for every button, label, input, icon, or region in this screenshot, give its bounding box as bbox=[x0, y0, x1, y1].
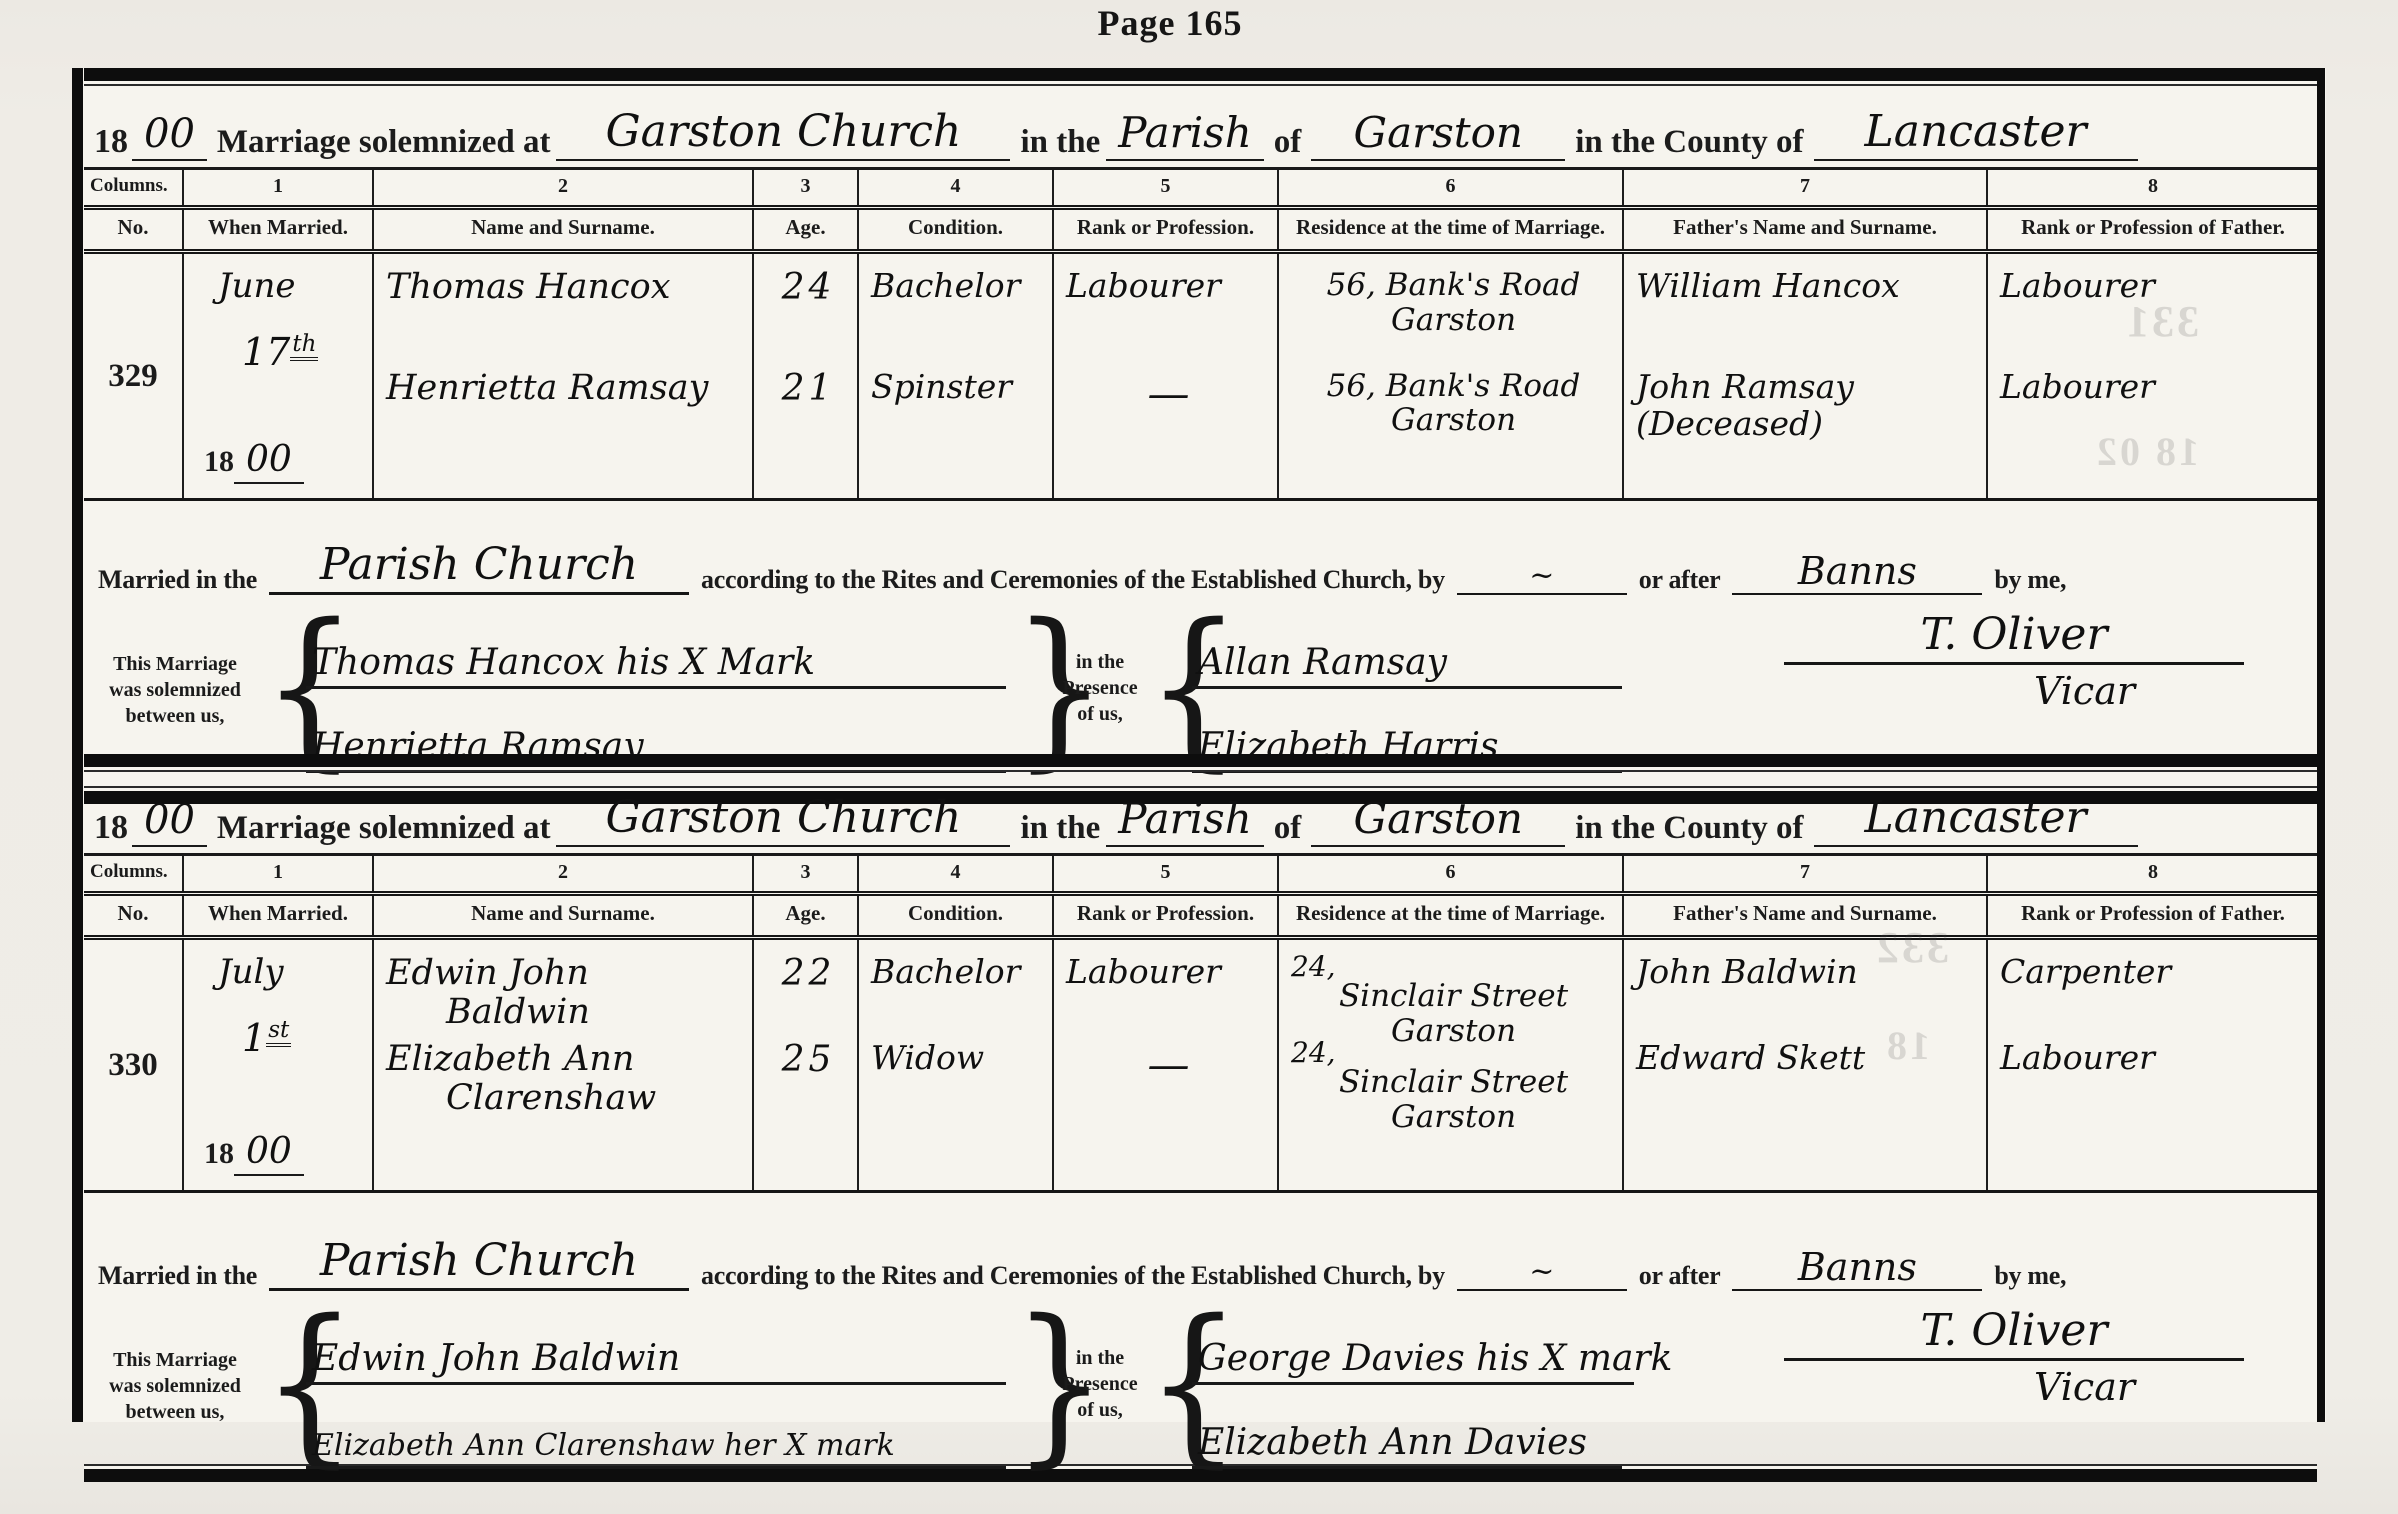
bride-condition: Widow bbox=[871, 1040, 1046, 1077]
presence-label: in the Presence of us, bbox=[1050, 649, 1150, 727]
banns-word: Banns bbox=[1732, 549, 1982, 595]
page-number-label: Page 165 bbox=[0, 2, 2340, 44]
bride-residence-line: Garston bbox=[1291, 403, 1616, 438]
header-no: No. bbox=[84, 210, 184, 249]
bride-signature: Elizabeth Ann Clarenshaw her X mark bbox=[306, 1428, 1006, 1469]
bleed-through-number: 332 bbox=[1874, 922, 1949, 973]
year-handwritten: 00 bbox=[132, 797, 207, 847]
year: 1800 bbox=[204, 439, 304, 480]
of-label: of bbox=[1274, 124, 1302, 161]
this-marriage-label: This Marriage was solemnized between us, bbox=[90, 651, 260, 729]
banns-word: Banns bbox=[1732, 1245, 1982, 1291]
header-when-married: When Married. bbox=[184, 210, 374, 249]
top-rule bbox=[84, 68, 2317, 81]
by-me-label: by me, bbox=[1994, 565, 2066, 595]
officiant-signature: T. Oliver bbox=[1784, 609, 2244, 665]
when-married-cell: July 1st 1800 bbox=[184, 940, 374, 1190]
names-cell: Edwin John Baldwin Elizabeth Ann Clarens… bbox=[374, 940, 754, 1190]
bleed-through-year: 18 bbox=[1884, 1022, 1930, 1069]
witness-1-signature: Allan Ramsay bbox=[1192, 642, 1622, 689]
or-after-label: or after bbox=[1639, 1261, 1721, 1291]
col-number-2: 2 bbox=[374, 170, 754, 205]
bride-father-profession: Labourer bbox=[2000, 369, 2312, 406]
residences-cell: 24, Sinclair Street Garston 24, Sinclair… bbox=[1279, 940, 1624, 1190]
entry-row: 330 July 1st 1800 Edwin John Baldwin Eli… bbox=[84, 940, 2317, 1193]
column-numbers-row: Columns. 1 2 3 4 5 6 7 8 bbox=[84, 856, 2317, 896]
col-number-5: 5 bbox=[1054, 170, 1279, 205]
presence-label: in the Presence of us, bbox=[1050, 1345, 1150, 1423]
officiant-block: T. Oliver Vicar bbox=[1734, 609, 2294, 713]
header-age: Age. bbox=[754, 896, 859, 935]
header-profession: Rank or Profession. bbox=[1054, 210, 1279, 249]
bride-age: 25 bbox=[766, 1040, 851, 1080]
church-name: Garston Church bbox=[556, 106, 1010, 161]
this-marriage-label: This Marriage was solemnized between us, bbox=[90, 1347, 260, 1425]
groom-profession: Labourer bbox=[1066, 954, 1271, 991]
header-age: Age. bbox=[754, 210, 859, 249]
header-profession: Rank or Profession. bbox=[1054, 896, 1279, 935]
entry-number: 330 bbox=[84, 940, 184, 1190]
header-when-married: When Married. bbox=[184, 896, 374, 935]
in-the-label: in the bbox=[1020, 124, 1100, 161]
header-name-surname: Name and Surname. bbox=[374, 896, 754, 935]
record-heading: 1800 Marriage solemnized at Garston Chur… bbox=[84, 81, 2317, 167]
bride-age: 21 bbox=[766, 369, 851, 409]
father-professions-cell: Carpenter Labourer bbox=[1988, 940, 2318, 1190]
col-number-3: 3 bbox=[754, 856, 859, 891]
bride-father-profession: Labourer bbox=[2000, 1040, 2312, 1077]
groom-condition: Bachelor bbox=[871, 268, 1046, 305]
header-father-profession: Rank or Profession of Father. bbox=[1988, 896, 2318, 935]
header-father-name: Father's Name and Surname. bbox=[1624, 210, 1988, 249]
ages-cell: 22 25 bbox=[754, 940, 859, 1190]
header-no: No. bbox=[84, 896, 184, 935]
col-number-7: 7 bbox=[1624, 170, 1988, 205]
by-me-label: by me, bbox=[1994, 1261, 2066, 1291]
officiant-signature: T. Oliver bbox=[1784, 1305, 2244, 1361]
right-border-rule bbox=[2317, 68, 2325, 1422]
groom-residence-number: 24, bbox=[1291, 954, 1616, 979]
bride-name: Elizabeth Ann bbox=[386, 1040, 746, 1079]
groom-name: Thomas Hancox bbox=[386, 268, 746, 307]
column-headers-row: No. When Married. Name and Surname. Age.… bbox=[84, 896, 2317, 940]
groom-name: Edwin John bbox=[386, 954, 746, 993]
parish-name: Garston bbox=[1311, 794, 1565, 847]
marriage-record-329: 1800 Marriage solemnized at Garston Chur… bbox=[84, 68, 2317, 804]
col-number-6: 6 bbox=[1279, 170, 1624, 205]
witness-2-signature: Elizabeth Ann Davies bbox=[1192, 1422, 1622, 1469]
witness-signatures: George Davies his X mark Elizabeth Ann D… bbox=[1192, 1301, 1622, 1469]
column-headers-row: No. When Married. Name and Surname. Age.… bbox=[84, 210, 2317, 254]
header-condition: Condition. bbox=[859, 896, 1054, 935]
couple-signatures: Edwin John Baldwin Elizabeth Ann Clarens… bbox=[306, 1301, 1006, 1469]
bleed-through-number: 331 bbox=[2124, 296, 2199, 347]
col-number-6: 6 bbox=[1279, 856, 1624, 891]
marriage-record-330: 1800 Marriage solemnized at Garston Chur… bbox=[84, 754, 2317, 1482]
married-place: Parish Church bbox=[269, 539, 689, 595]
header-father-profession: Rank or Profession of Father. bbox=[1988, 210, 2318, 249]
col-number-3: 3 bbox=[754, 170, 859, 205]
married-place: Parish Church bbox=[269, 1235, 689, 1291]
bride-father-note: (Deceased) bbox=[1636, 406, 1980, 443]
groom-father-profession: Carpenter bbox=[2000, 954, 2312, 991]
officiant-title: Vicar bbox=[2034, 1365, 2294, 1409]
groom-residence-line: Sinclair Street bbox=[1291, 979, 1616, 1014]
ages-cell: 24 21 bbox=[754, 254, 859, 498]
day: 17th bbox=[242, 330, 318, 375]
year-prefix: 18 bbox=[94, 809, 128, 847]
groom-name-line2: Baldwin bbox=[386, 993, 746, 1032]
groom-signature: Edwin John Baldwin bbox=[306, 1338, 1006, 1385]
fathers-cell: William Hancox John Ramsay (Deceased) bbox=[1624, 254, 1988, 498]
when-married-cell: June 17th 1800 bbox=[184, 254, 374, 498]
parish-name: Garston bbox=[1311, 108, 1565, 161]
left-border-rule bbox=[72, 68, 83, 1422]
entry-number: 329 bbox=[84, 254, 184, 498]
groom-father: William Hancox bbox=[1636, 268, 1980, 305]
header-residence: Residence at the time of Marriage. bbox=[1279, 896, 1624, 935]
header-name-surname: Name and Surname. bbox=[374, 210, 754, 249]
col-number-2: 2 bbox=[374, 856, 754, 891]
register-table: Columns. 1 2 3 4 5 6 7 8 No. When Marrie… bbox=[84, 853, 2317, 1193]
top-rule bbox=[84, 754, 2317, 767]
columns-label: Columns. bbox=[84, 856, 184, 891]
county-of-label: in the County of bbox=[1575, 124, 1803, 161]
groom-residence-line: Garston bbox=[1291, 303, 1616, 338]
day-suffix: th bbox=[290, 331, 318, 361]
married-in-the-label: Married in the bbox=[98, 565, 257, 595]
residences-cell: 56, Bank's Road Garston 56, Bank's Road … bbox=[1279, 254, 1624, 498]
groom-signature: Thomas Hancox his X Mark bbox=[306, 642, 1006, 689]
year-prefix: 18 bbox=[94, 123, 128, 161]
bride-condition: Spinster bbox=[871, 369, 1046, 406]
header-residence: Residence at the time of Marriage. bbox=[1279, 210, 1624, 249]
county-name: Lancaster bbox=[1814, 106, 2138, 161]
groom-profession: Labourer bbox=[1066, 268, 1271, 305]
bleed-through-year: 18 02 bbox=[2094, 428, 2199, 475]
entry-row: 329 June 17th 1800 Thomas Hancox Henriet… bbox=[84, 254, 2317, 501]
column-numbers-row: Columns. 1 2 3 4 5 6 7 8 bbox=[84, 170, 2317, 210]
fathers-cell: John Baldwin Edward Skett bbox=[1624, 940, 1988, 1190]
register-table: Columns. 1 2 3 4 5 6 7 8 No. When Marrie… bbox=[84, 167, 2317, 501]
col-number-4: 4 bbox=[859, 170, 1054, 205]
professions-cell: Labourer — bbox=[1054, 254, 1279, 498]
bride-residence-number: 24, bbox=[1291, 1040, 1616, 1065]
columns-label: Columns. bbox=[84, 170, 184, 205]
day: 1st bbox=[242, 1016, 291, 1061]
officiant-block: T. Oliver Vicar bbox=[1734, 1305, 2294, 1409]
in-the-label: in the bbox=[1020, 810, 1100, 847]
county-of-label: in the County of bbox=[1575, 810, 1803, 847]
col-number-1: 1 bbox=[184, 170, 374, 205]
bride-residence-line: 56, Bank's Road bbox=[1291, 369, 1616, 404]
bride-profession: — bbox=[1066, 369, 1271, 418]
groom-residence-line: 56, Bank's Road bbox=[1291, 268, 1616, 303]
year: 1800 bbox=[204, 1131, 304, 1172]
married-in-the-label: Married in the bbox=[98, 1261, 257, 1291]
solemnized-at-label: Marriage solemnized at bbox=[217, 810, 551, 847]
bride-father: John Ramsay bbox=[1636, 369, 1980, 406]
county-name: Lancaster bbox=[1814, 792, 2138, 847]
officiant-title: Vicar bbox=[2034, 669, 2294, 713]
month: June bbox=[218, 266, 296, 306]
header-condition: Condition. bbox=[859, 210, 1054, 249]
by-blank: ~ bbox=[1457, 1254, 1627, 1291]
by-blank: ~ bbox=[1457, 558, 1627, 595]
conditions-cell: Bachelor Widow bbox=[859, 940, 1054, 1190]
or-after-label: or after bbox=[1639, 565, 1721, 595]
record-heading: 1800 Marriage solemnized at Garston Chur… bbox=[84, 767, 2317, 853]
day-suffix: st bbox=[266, 1017, 291, 1047]
col-number-4: 4 bbox=[859, 856, 1054, 891]
bride-name: Henrietta Ramsay bbox=[386, 369, 746, 408]
groom-condition: Bachelor bbox=[871, 954, 1046, 991]
church-name: Garston Church bbox=[556, 792, 1010, 847]
professions-cell: Labourer — bbox=[1054, 940, 1279, 1190]
witness-1-signature: George Davies his X mark bbox=[1192, 1338, 1634, 1385]
solemnized-at-label: Marriage solemnized at bbox=[217, 124, 551, 161]
bride-profession: — bbox=[1066, 1040, 1271, 1089]
year-handwritten: 00 bbox=[132, 111, 207, 161]
signatures-section: This Marriage was solemnized between us,… bbox=[84, 1301, 2317, 1469]
bride-name-line2: Clarenshaw bbox=[386, 1079, 746, 1118]
of-label: of bbox=[1274, 810, 1302, 847]
conditions-cell: Bachelor Spinster bbox=[859, 254, 1054, 498]
col-number-7: 7 bbox=[1624, 856, 1988, 891]
couple-signatures: Thomas Hancox his X Mark Henrietta Ramsa… bbox=[306, 605, 1006, 773]
groom-age: 22 bbox=[766, 954, 851, 994]
parish-word: Parish bbox=[1106, 108, 1264, 161]
col-number-1: 1 bbox=[184, 856, 374, 891]
col-number-5: 5 bbox=[1054, 856, 1279, 891]
month: July bbox=[218, 952, 284, 992]
bride-residence-line: Sinclair Street bbox=[1291, 1065, 1616, 1100]
groom-age: 24 bbox=[766, 268, 851, 308]
names-cell: Thomas Hancox Henrietta Ramsay bbox=[374, 254, 754, 498]
parish-word: Parish bbox=[1106, 794, 1264, 847]
bride-residence-line: Garston bbox=[1291, 1100, 1616, 1135]
col-number-8: 8 bbox=[1988, 856, 2318, 891]
col-number-8: 8 bbox=[1988, 170, 2318, 205]
witness-signatures: Allan Ramsay Elizabeth Harris bbox=[1192, 605, 1622, 773]
